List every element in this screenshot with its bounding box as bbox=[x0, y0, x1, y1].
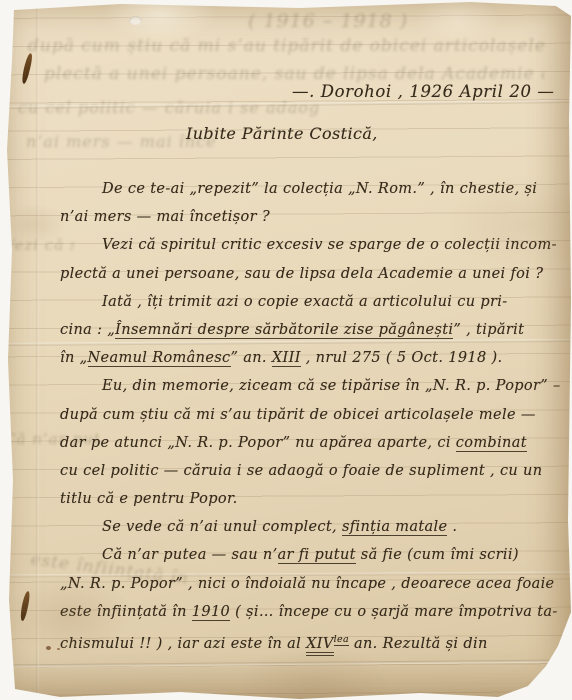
handwritten-text: ” an. bbox=[231, 350, 272, 366]
handwritten-text: Că n’ar putea — sau n’ bbox=[102, 547, 278, 563]
ink-blot-bottom-left bbox=[19, 591, 31, 622]
handwritten-text: Eu, din memorie, ziceam că se tipărise î… bbox=[102, 378, 561, 394]
letter-line: Se vede că n’ai unul complect, sfinția m… bbox=[60, 513, 564, 541]
handwritten-text: , nrul 275 ( 5 Oct. 1918 ). bbox=[301, 350, 503, 366]
salutation: Iubite Părinte Costică, bbox=[186, 124, 378, 143]
bleedthrough-text: ( 1916 – 1918 ) bbox=[248, 10, 408, 32]
letter-line: Eu, din memorie, ziceam că se tipărise î… bbox=[60, 372, 564, 400]
letter-line: dar pe atunci „N. R. p. Popor” nu apărea… bbox=[60, 429, 564, 457]
letter-line: plectă a unei persoane, sau de lipsa del… bbox=[60, 260, 564, 288]
handwritten-text: titlu că e pentru Popor. bbox=[60, 491, 238, 507]
handwritten-text: să fie (cum îmi scrii) bbox=[356, 547, 519, 563]
bleedthrough-text: cu cel politic — căruia i se adaogă o fo… bbox=[18, 98, 318, 117]
handwritten-text: lea bbox=[334, 634, 349, 646]
paper-hole bbox=[129, 16, 142, 25]
letter-line: Că n’ar putea — sau n’ar fi putut să fie… bbox=[60, 541, 564, 569]
letter-body: De ce te-ai „repezit” la colecția „N. Ro… bbox=[60, 175, 564, 654]
underlined-text: sfinția matale bbox=[342, 519, 448, 536]
letter-line: Iată , îți trimit azi o copie exactă a a… bbox=[60, 288, 564, 316]
letter-line: în „Neamul Românesc” an. XIII , nrul 275… bbox=[60, 344, 564, 372]
handwritten-text: după cum știu că mi s’au tipărit de obic… bbox=[60, 407, 536, 423]
handwritten-text: cina : „ bbox=[60, 322, 115, 338]
handwritten-text: De ce te-ai „repezit” la colecția „N. Ro… bbox=[102, 181, 537, 197]
underlined-text: XIII bbox=[272, 350, 301, 367]
underlined-text: ar fi putut bbox=[278, 547, 356, 564]
underlined-text: Însemnări despre sărbătorile zise păgâne… bbox=[115, 322, 453, 339]
handwritten-text: n’ai mers — mai încetișor ? bbox=[60, 209, 270, 225]
handwritten-text: Vezi că spiritul critic excesiv se sparg… bbox=[102, 237, 557, 253]
letter-line: titlu că e pentru Popor. bbox=[60, 485, 564, 513]
underlined-text: combinat bbox=[456, 435, 527, 452]
letter-line: „N. R. p. Popor” , nici o îndoială nu în… bbox=[60, 570, 564, 598]
handwritten-text: . bbox=[447, 519, 457, 535]
handwritten-text: chismului !! ) , iar azi este în al bbox=[60, 636, 306, 652]
handwritten-text: Se vede că n’ai unul complect, bbox=[102, 519, 342, 535]
fold-crease-top bbox=[0, 100, 572, 109]
letter-line: n’ai mers — mai încetișor ? bbox=[60, 203, 564, 231]
fold-crease-vertical bbox=[36, 0, 39, 700]
handwritten-text: în „ bbox=[60, 350, 88, 366]
letter-line: De ce te-ai „repezit” la colecția „N. Ro… bbox=[60, 175, 564, 203]
letter-line: chismului !! ) , iar azi este în al XIVl… bbox=[60, 626, 564, 654]
handwritten-text: cu cel politic — căruia i se adaogă o fo… bbox=[60, 463, 542, 479]
dateline: —. Dorohoi , 1926 April 20 — bbox=[292, 82, 555, 101]
letter-line: Vezi că spiritul critic excesiv se sparg… bbox=[60, 231, 564, 259]
bleedthrough-text: după cum știu că mi s’au tipărit de obic… bbox=[28, 36, 550, 56]
letter-photograph: ( 1916 – 1918 )după cum știu că mi s’au … bbox=[0, 0, 572, 700]
letter-line: cu cel politic — căruia i se adaogă o fo… bbox=[60, 457, 564, 485]
underlined-text: Neamul Românesc bbox=[88, 350, 231, 367]
handwritten-text: ( și… începe cu o șarjă mare împotriva t… bbox=[230, 604, 558, 620]
handwritten-text: Iată , îți trimit azi o copie exactă a a… bbox=[102, 294, 508, 310]
underlined-text: 1910 bbox=[192, 604, 230, 621]
underlined-text: XIV bbox=[306, 636, 334, 656]
handwritten-text: dar pe atunci „N. R. p. Popor” nu apărea… bbox=[60, 435, 456, 451]
handwritten-text: plectă a unei persoane, sau de lipsa del… bbox=[60, 266, 543, 282]
letter-paper: ( 1916 – 1918 )după cum știu că mi s’au … bbox=[0, 0, 572, 700]
fold-crease-bottom bbox=[0, 660, 572, 668]
handwritten-text: „N. R. p. Popor” , nici o îndoială nu în… bbox=[60, 576, 555, 592]
letter-line: este înființată în 1910 ( și… începe cu … bbox=[60, 598, 564, 626]
handwritten-text: an. Rezultă și din bbox=[349, 636, 488, 652]
handwritten-text: este înființată în bbox=[60, 604, 192, 620]
letter-line: după cum știu că mi s’au tipărit de obic… bbox=[60, 401, 564, 429]
ink-blot-top-left bbox=[20, 53, 33, 85]
bleedthrough-text: plectă a unei persoane, sau de lipsa del… bbox=[44, 64, 544, 84]
letter-line: cina : „Însemnări despre sărbătorile zis… bbox=[60, 316, 564, 344]
handwritten-text: ” , tipărit bbox=[453, 322, 524, 338]
ink-dots bbox=[46, 646, 51, 650]
